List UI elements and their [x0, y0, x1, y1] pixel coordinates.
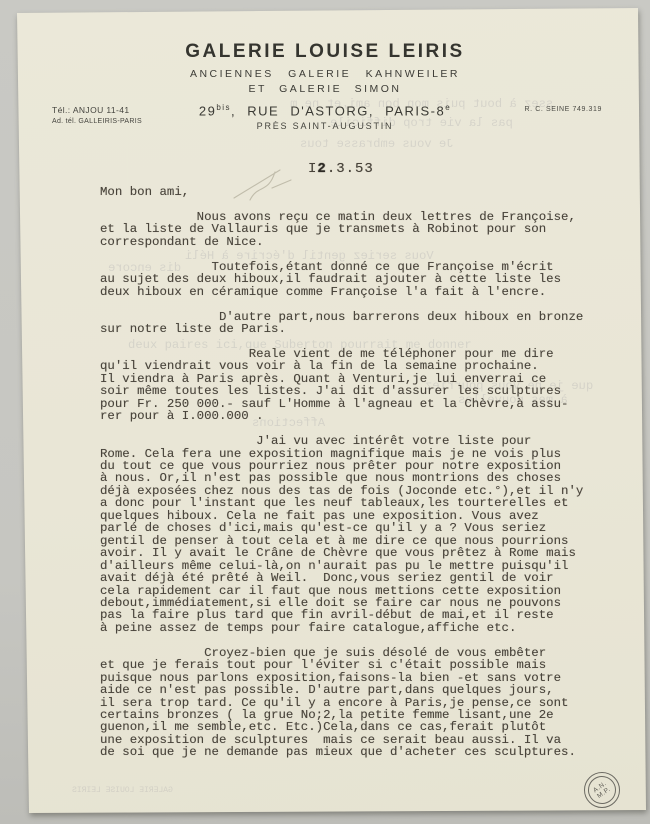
scan-background: ssez à bout puis mon bon ami,et ne mpas … — [0, 0, 650, 824]
phone-block: Tél.: ANJOU 11-41 Ad. tél. GALLEIRIS-PAR… — [52, 105, 142, 125]
overstruck-digit: 2 — [317, 161, 326, 177]
registration-number: R. C. SEINE 749.319 — [524, 106, 602, 113]
gallery-subtitle-2: ET GALERIE SIMON — [0, 83, 650, 95]
archive-stamp-ring: A.N. M.P. — [583, 771, 622, 810]
letter-paper: ssez à bout puis mon bon ami,et ne mpas … — [0, 0, 650, 824]
telegraph-address: Ad. tél. GALLEIRIS-PARIS — [52, 118, 142, 125]
gallery-name: GALERIE LOUISE LEIRIS — [0, 41, 650, 63]
phone-number: Tél.: ANJOU 11-41 — [52, 105, 142, 115]
typed-date: I2.3.53 — [308, 161, 374, 177]
bleedthrough-text: Je vous embrasse tous — [300, 137, 454, 151]
archive-stamp: A.N. M.P. — [584, 772, 620, 808]
letter-body: Mon bon ami, Nous avons reçu ce matin de… — [100, 186, 583, 759]
bleedthrough-text: GALERIE LOUISE LEIRIS — [72, 786, 173, 795]
paper-shadow: ssez à bout puis mon bon ami,et ne mpas … — [0, 0, 650, 824]
gallery-subtitle-1: ANCIENNES GALERIE KAHNWEILER — [0, 68, 650, 80]
